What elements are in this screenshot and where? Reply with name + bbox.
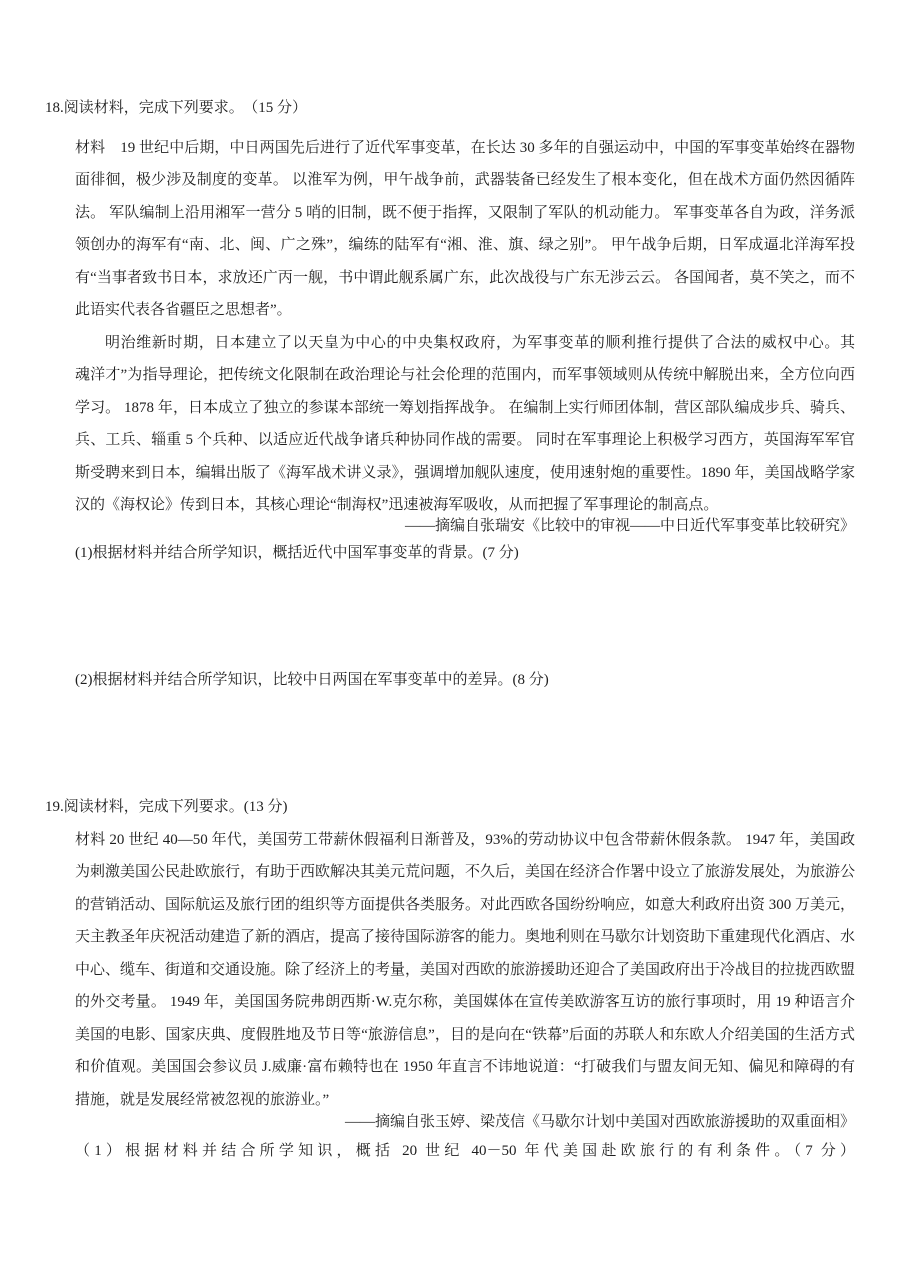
answer-space bbox=[0, 570, 900, 664]
question-19-number: 19. bbox=[45, 799, 64, 815]
material-line: 面徘徊，极少涉及制度的变革。 以淮军为例，甲午战争前，武器装备已经发生了根本变化… bbox=[0, 164, 900, 197]
material-line: 有“当事者致书日本，求放还广丙一舰，书中谓此舰系属广东，此次战役与广东无涉云云。… bbox=[0, 262, 900, 295]
material-line: 为刺激美国公民赴欧旅行，有助于西欧解决其美元荒问题，不久后，美国在经济合作署中设… bbox=[0, 856, 900, 889]
exam-page: 18.阅读材料，完成下列要求。（15 分） 材料 19 世纪中后期，中日两国先后… bbox=[0, 0, 900, 1272]
question-18-header: 18.阅读材料，完成下列要求。（15 分） bbox=[0, 92, 900, 125]
material-line: 的营销活动、国际航运及旅行团的组织等方面提供各类服务。对此西欧各国纷纷响应，如意… bbox=[0, 889, 900, 922]
material-line: 魂洋才”为指导理论，把传统文化限制在政治理论与社会伦理的范围内，而军事领域则从传… bbox=[0, 359, 900, 392]
material-line: 明治维新时期，日本建立了以天皇为中心的中央集权政府，为军事变革的顺利推行提供了合… bbox=[0, 327, 900, 360]
material-line: 兵、工兵、辎重 5 个兵种、以适应近代战争诸兵种协同作战的需要。 同时在军事理论… bbox=[0, 424, 900, 457]
material-line: 领创办的海军有“南、北、闽、广之殊”，编练的陆军有“湘、淮、旗、绿之别”。 甲午… bbox=[0, 229, 900, 262]
question-18-number: 18. bbox=[45, 100, 64, 116]
material-line: 材料 19 世纪中后期，中日两国先后进行了近代军事变革，在长达 30 多年的自强… bbox=[0, 132, 900, 165]
question-19-title: 阅读材料，完成下列要求。 bbox=[64, 799, 244, 815]
question-19-header: 19.阅读材料，完成下列要求。(13 分) bbox=[0, 791, 900, 824]
material-line: 和价值观。美国国会参议员 J.威廉·富布赖特也在 1950 年直言不讳地说道：“… bbox=[0, 1051, 900, 1084]
question-18-sub-question-2: (2)根据材料并结合所学知识，比较中日两国在军事变革中的差异。(8 分) bbox=[0, 664, 900, 697]
question-18-title: 阅读材料，完成下列要求。 bbox=[64, 100, 244, 116]
material-line: 学习。 1878 年，日本成立了独立的参谋本部统一筹划指挥战争。 在编制上实行师… bbox=[0, 392, 900, 425]
question-18-material-paragraph-1: 材料 19 世纪中后期，中日两国先后进行了近代军事变革，在长达 30 多年的自强… bbox=[0, 132, 900, 327]
question-19-sub-question-1: （1）根据材料并结合所学知识，概括 20 世纪 40－50 年代美国赴欧旅行的有… bbox=[0, 1135, 900, 1168]
material-line: 斯受聘来到日本，编辑出版了《海军战术讲义录》，强调增加舰队速度，使用速射炮的重要… bbox=[0, 457, 900, 490]
material-line: 此语实代表各省疆臣之思想者”。 bbox=[0, 294, 900, 327]
material-line: 材料 20 世纪 40—50 年代，美国劳工带薪休假福利日渐普及，93%的劳动协… bbox=[0, 824, 900, 857]
question-18-material-paragraph-2: 明治维新时期，日本建立了以天皇为中心的中央集权政府，为军事变革的顺利推行提供了合… bbox=[0, 327, 900, 522]
question-19-points: (13 分) bbox=[244, 799, 288, 815]
material-line: 的外交考量。 1949 年，美国国务院弗朗西斯·W.克尔称，美国媒体在宣传美欧游… bbox=[0, 986, 900, 1019]
question-18-points: （15 分） bbox=[251, 100, 307, 116]
question-19-material-paragraph: 材料 20 世纪 40—50 年代，美国劳工带薪休假福利日渐普及，93%的劳动协… bbox=[0, 824, 900, 1117]
answer-space bbox=[0, 696, 900, 791]
material-line: 中心、缆车、街道和交通设施。除了经济上的考量，美国对西欧的旅游援助还迎合了美国政… bbox=[0, 954, 900, 987]
material-line: 法。 军队编制上沿用湘军一营分 5 哨的旧制，既不便于指挥，又限制了军队的机动能… bbox=[0, 197, 900, 230]
material-line: 美国的电影、国家庆典、度假胜地及节日等“旅游信息”，目的是向在“铁幕”后面的苏联… bbox=[0, 1019, 900, 1052]
material-line: 天主教圣年庆祝活动建造了新的酒店，提高了接待国际游客的能力。奥地利则在马歇尔计划… bbox=[0, 921, 900, 954]
